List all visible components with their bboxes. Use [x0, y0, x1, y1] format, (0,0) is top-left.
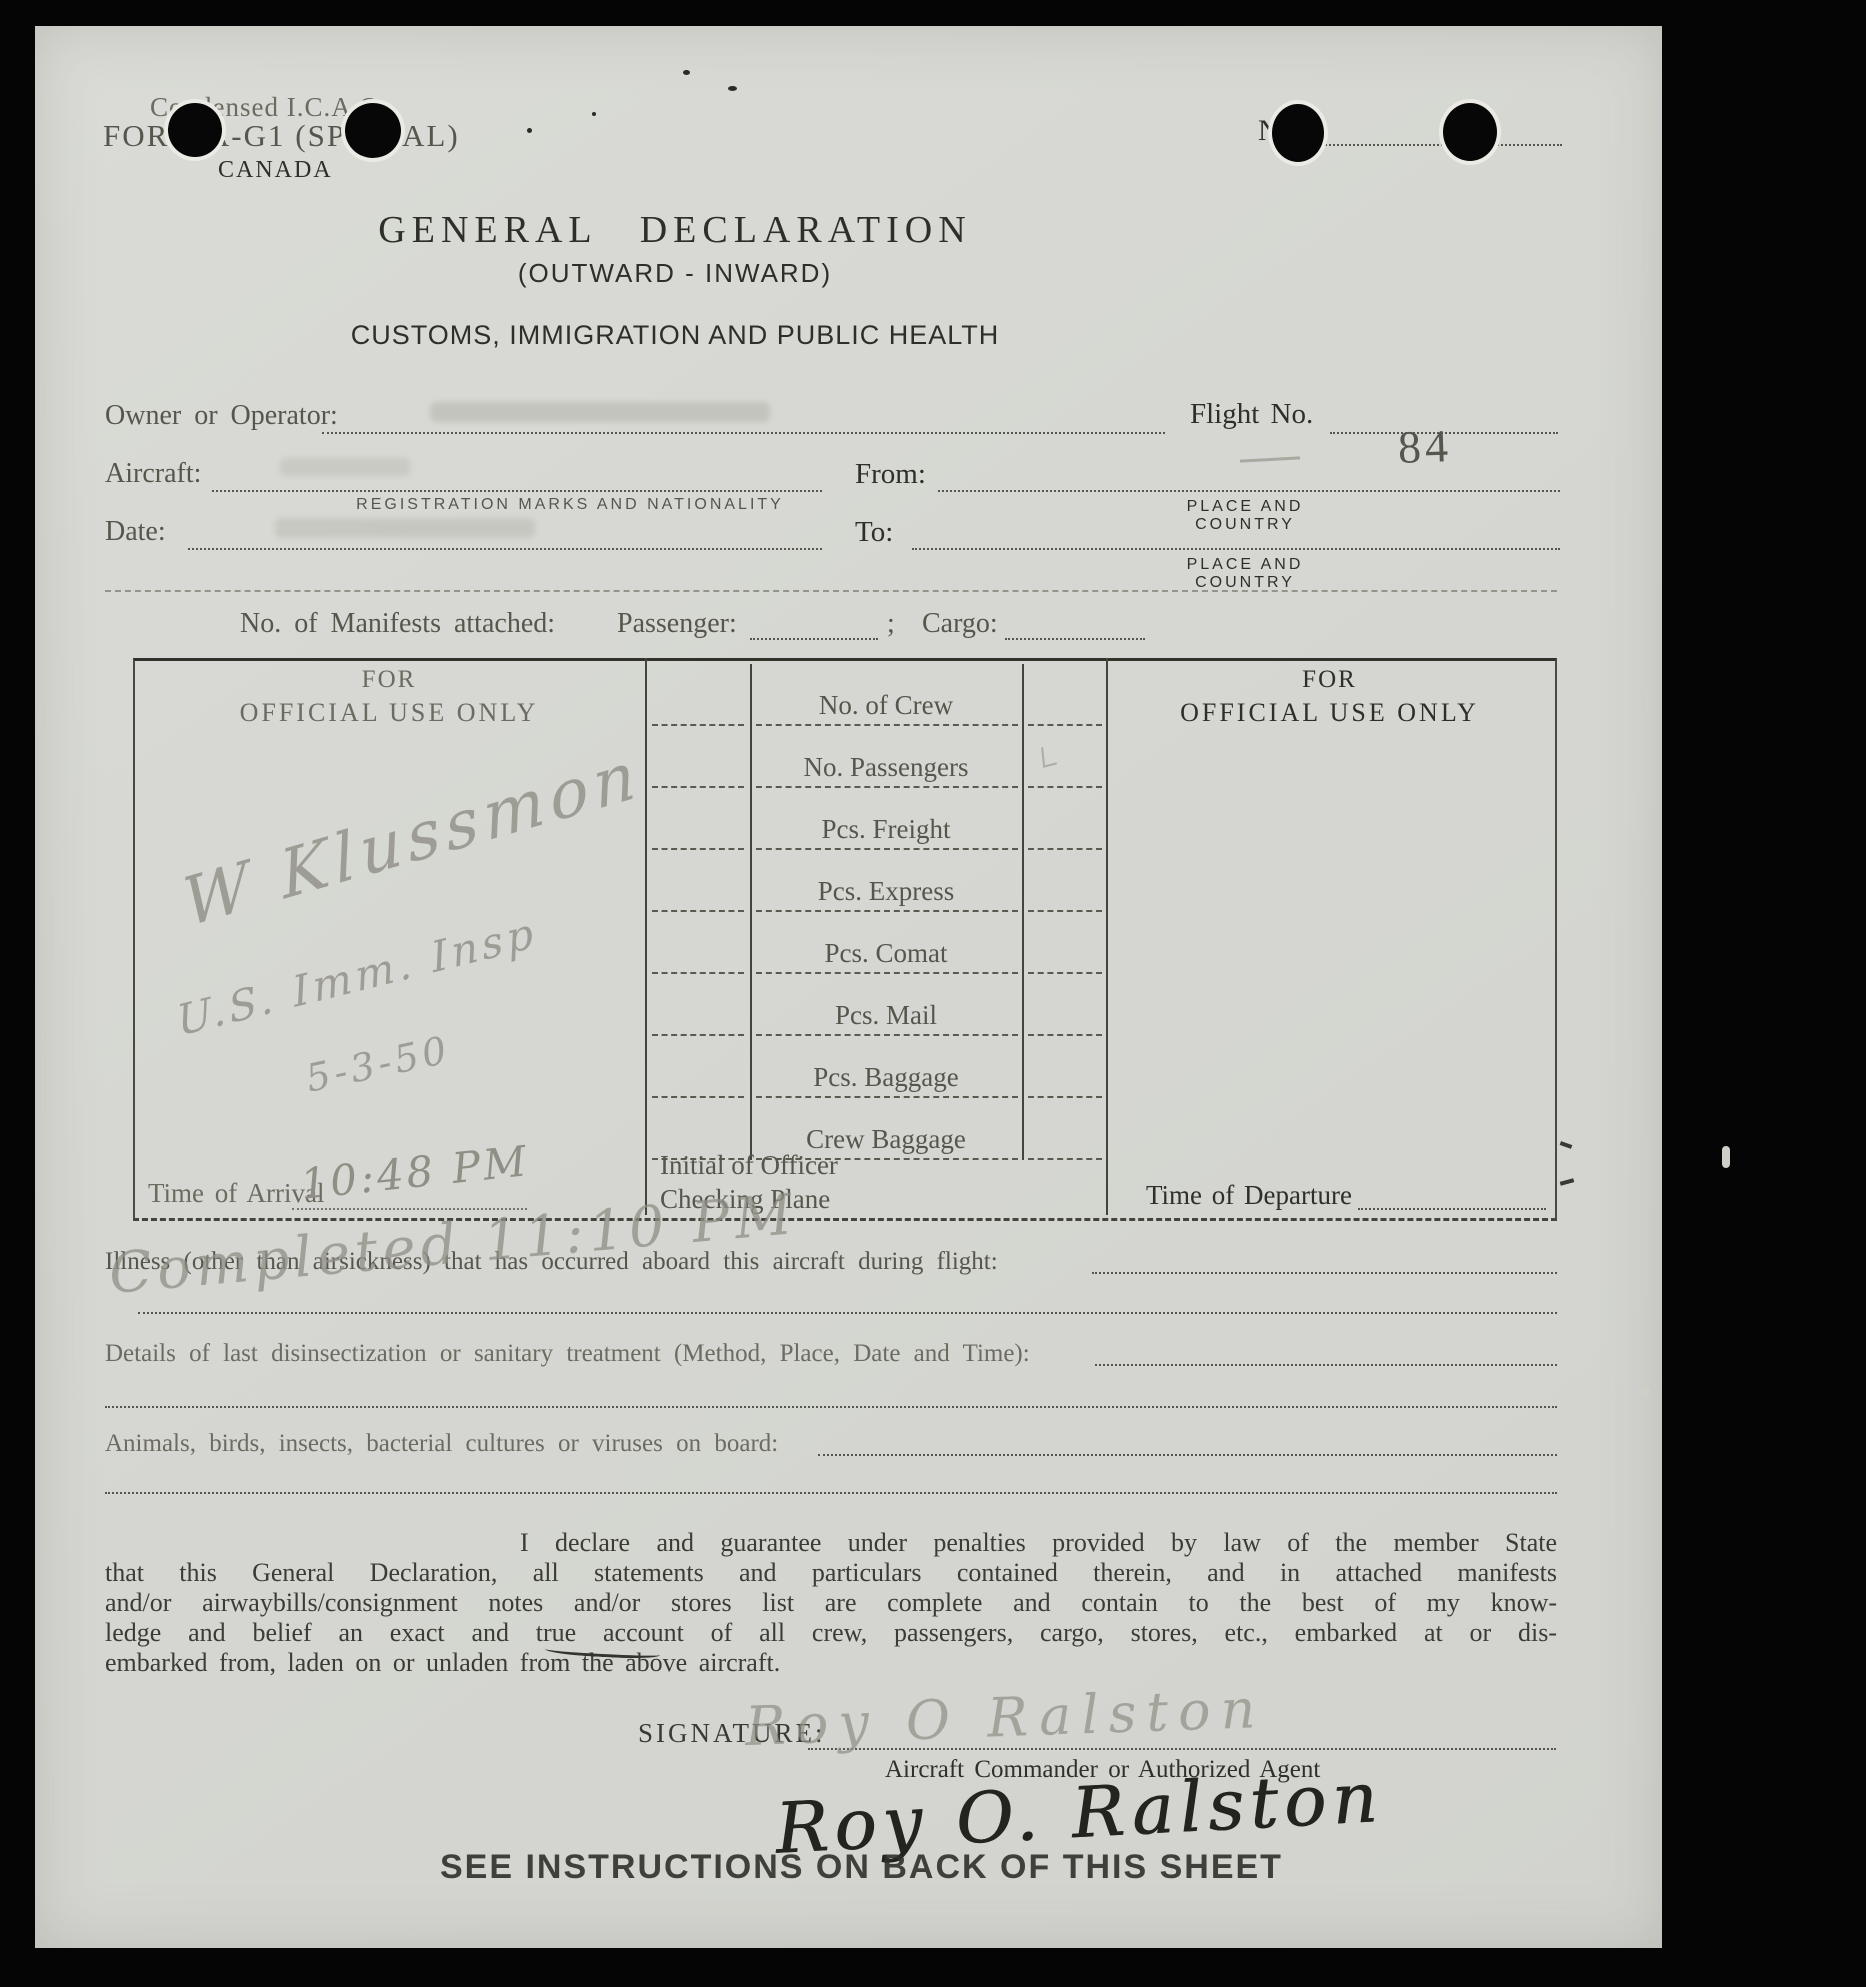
- value-cell-line: [1028, 1034, 1102, 1036]
- table-row-label: Pcs. Baggage: [750, 1062, 1022, 1093]
- row-separator: [756, 1096, 1018, 1098]
- officer-initial-label-line1: Initial of Officer: [660, 1150, 838, 1181]
- table-row-label: Pcs. Mail: [750, 1000, 1022, 1031]
- table-row-label: Pcs. Express: [750, 876, 1022, 907]
- cargo-label: Cargo:: [922, 608, 998, 640]
- value-cell-line: [652, 786, 744, 788]
- table-row-label: No. of Crew: [750, 690, 1022, 721]
- ink-speck: [527, 128, 532, 133]
- time-of-departure-line: [1358, 1208, 1546, 1210]
- hole-punch: [1443, 103, 1497, 161]
- left-official-use-line2: OFFICIAL USE ONLY: [133, 698, 645, 728]
- pencil-tick: [1041, 744, 1057, 767]
- section-divider: [105, 590, 1557, 592]
- value-cell-line: [1028, 786, 1102, 788]
- ink-speck: [683, 70, 690, 75]
- form-subtitle: (OUTWARD - INWARD): [330, 258, 1020, 289]
- value-cell-line: [1028, 1158, 1102, 1160]
- registration-hint: REGISTRATION MARKS AND NATIONALITY: [335, 496, 805, 514]
- illness-answer-line2: [138, 1312, 1557, 1314]
- from-line: [938, 490, 1560, 492]
- row-separator: [756, 1034, 1018, 1036]
- value-cell-line: [652, 724, 744, 726]
- place-country-hint: PLACE AND COUNTRY: [1145, 498, 1345, 534]
- declaration-line: that this General Declaration, all state…: [105, 1558, 1557, 1588]
- hole-punch: [168, 103, 222, 157]
- value-cell-line: [652, 972, 744, 974]
- faint-typed-entry: [430, 402, 770, 422]
- country-label: CANADA: [218, 157, 333, 184]
- right-official-use-line1: FOR: [1106, 666, 1553, 694]
- hole-punch: [1272, 104, 1324, 162]
- value-cell-line: [652, 910, 744, 912]
- scanned-document: Condensed I.C.A.O. FORM A-G1 (SPECIAL) C…: [0, 0, 1866, 1987]
- aircraft-line: [212, 490, 822, 492]
- time-of-departure-label: Time of Departure: [1146, 1180, 1352, 1211]
- date-line: [188, 548, 822, 550]
- faint-typed-entry: [280, 458, 410, 476]
- row-separator: [756, 724, 1018, 726]
- declaration-line: ledge and belief an exact and true accou…: [105, 1618, 1557, 1648]
- row-separator: [756, 848, 1018, 850]
- table-row-label: No. Passengers: [750, 752, 1022, 783]
- table-row-label: Pcs. Comat: [750, 938, 1022, 969]
- hole-punch: [345, 103, 401, 158]
- row-separator: [756, 910, 1018, 912]
- date-label: Date:: [105, 516, 166, 548]
- disinsectization-answer-line: [1095, 1364, 1557, 1366]
- document-number-line: [1306, 144, 1562, 146]
- value-cell-line: [1028, 724, 1102, 726]
- faint-typed-entry: [275, 518, 535, 538]
- passenger-label: Passenger:: [617, 608, 737, 640]
- place-country-hint: PLACE AND COUNTRY: [1145, 556, 1345, 592]
- flight-no-label: Flight No.: [1190, 398, 1313, 431]
- from-label: From:: [855, 458, 926, 491]
- declaration-line: and/or airwaybills/consignment notes and…: [105, 1588, 1557, 1618]
- scan-speck: [1641, 1386, 1650, 1395]
- owner-operator-line: [322, 432, 1165, 434]
- declaration-line: I declare and guarantee under penalties …: [105, 1528, 1557, 1558]
- right-official-use-line2: OFFICIAL USE ONLY: [1106, 698, 1553, 728]
- flight-no-stamp: 84: [1397, 419, 1453, 474]
- to-label: To:: [855, 516, 893, 549]
- value-cell-line: [1028, 848, 1102, 850]
- declaration-line: embarked from, laden on or unladen from …: [105, 1648, 1557, 1678]
- manifests-label: No. of Manifests attached:: [240, 608, 555, 640]
- illness-answer-line: [1092, 1272, 1557, 1274]
- to-line: [912, 548, 1560, 550]
- cargo-count-line: [1005, 638, 1145, 640]
- value-cell-line: [1028, 972, 1102, 974]
- animals-question: Animals, birds, insects, bacterial cultu…: [105, 1430, 778, 1458]
- aircraft-label: Aircraft:: [105, 458, 201, 490]
- time-of-arrival-label: Time of Arrival: [148, 1178, 325, 1209]
- value-cell-line: [652, 1096, 744, 1098]
- ink-speck: [592, 112, 596, 116]
- form-subheading: CUSTOMS, IMMIGRATION AND PUBLIC HEALTH: [330, 320, 1020, 351]
- value-cell-line: [1028, 1096, 1102, 1098]
- value-cell-line: [652, 1034, 744, 1036]
- table-row-label: Pcs. Freight: [750, 814, 1022, 845]
- row-separator: [756, 972, 1018, 974]
- form-title: GENERAL DECLARATION: [330, 208, 1020, 252]
- animals-answer-line: [818, 1454, 1557, 1456]
- row-separator: [756, 786, 1018, 788]
- value-cell-line: [652, 848, 744, 850]
- table-vertical-rule: [1106, 658, 1108, 1215]
- passenger-count-line: [750, 638, 878, 640]
- left-official-use-line1: FOR: [133, 666, 645, 694]
- declaration-paragraph: I declare and guarantee under penalties …: [105, 1528, 1557, 1678]
- value-cell-line: [1028, 910, 1102, 912]
- disinsectization-answer-line2: [105, 1406, 1557, 1408]
- form-number-line: FORM A-G1 (SPECIAL): [103, 118, 460, 154]
- disinsectization-question: Details of last disinsectization or sani…: [105, 1340, 1030, 1368]
- table-vertical-rule: [645, 658, 647, 1215]
- table-vertical-rule: [1022, 664, 1024, 1160]
- animals-answer-line2: [105, 1492, 1557, 1494]
- scan-speck: [1722, 1146, 1730, 1168]
- ink-speck: [728, 86, 737, 91]
- owner-operator-label: Owner or Operator:: [105, 400, 338, 432]
- footer-instructions: SEE INSTRUCTIONS ON BACK OF THIS SHEET: [440, 1848, 1280, 1887]
- separator-semicolon: ;: [887, 608, 895, 640]
